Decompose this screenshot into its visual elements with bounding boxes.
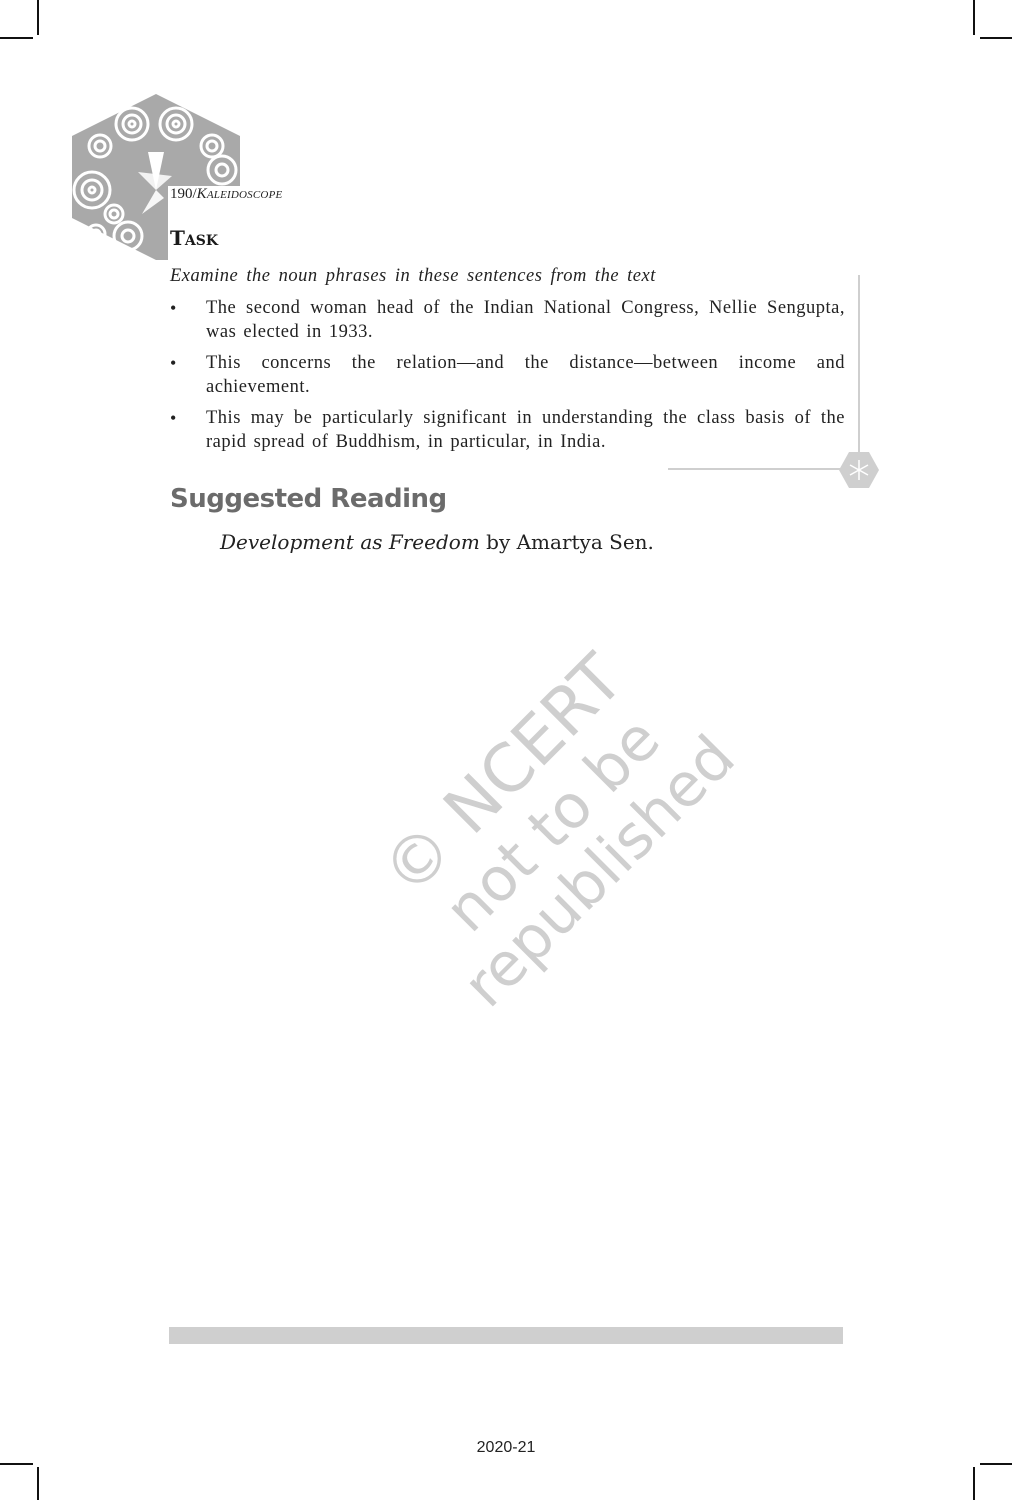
task-list: •The second woman head of the Indian Nat… [170,296,845,461]
list-item-text: The second woman head of the Indian Nati… [206,298,845,342]
small-hexagon-ornament-icon [838,450,880,490]
crop-mark-top-right-h [980,37,1012,39]
task-heading: Task [170,226,218,250]
box-rule-horizontal [668,468,860,470]
watermark-line-1: © NCERT [266,538,742,1014]
crop-mark-bottom-right-v [973,1467,975,1500]
footer-bar [169,1327,843,1344]
suggested-reading-item: Development as Freedom by Amartya Sen. [220,530,654,554]
watermark: © NCERT not to be republished [266,538,835,1107]
edition-year: 2020-21 [0,1439,1012,1457]
suggested-reading-heading: Suggested Reading [170,484,447,514]
book-title-reference: Development as Freedom [220,530,480,554]
list-item-text: This concerns the relation—and the dista… [206,353,845,397]
crop-mark-top-right-v [973,0,975,35]
watermark-line-2: not to be republished [317,589,835,1107]
book-title: Kaleidoscope [197,186,283,202]
list-item: •This may be particularly significant in… [170,406,845,454]
list-item: •This concerns the relation—and the dist… [170,351,845,399]
list-item: •The second woman head of the Indian Nat… [170,296,845,344]
bullet-icon: • [170,351,177,375]
crop-mark-top-left-h [0,37,33,39]
task-intro: Examine the noun phrases in these senten… [170,266,656,287]
crop-mark-bottom-left-v [37,1467,39,1500]
running-head: 190/Kaleidoscope [170,186,282,203]
crop-mark-bottom-left-h [0,1463,33,1465]
bullet-icon: • [170,296,177,320]
list-item-text: This may be particularly significant in … [206,408,845,452]
crop-mark-top-left-v [37,0,39,35]
book-byline: by Amartya Sen. [480,530,654,554]
crop-mark-bottom-right-h [980,1463,1012,1465]
bullet-icon: • [170,406,177,430]
page-number: 190 [170,186,193,202]
box-rule-vertical [858,275,860,467]
